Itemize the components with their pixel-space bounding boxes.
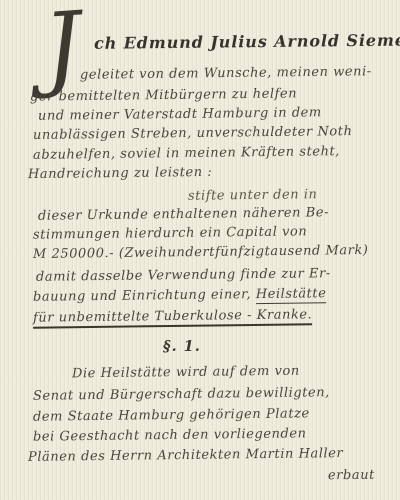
manuscript-line: Die Heilstätte wird auf dem von <box>72 364 300 382</box>
manuscript-line: stimmungen hierdurch ein Capital von <box>33 224 307 242</box>
manuscript-line-tuberkulose: für unbemittelte Tuberkulose - Kranke. <box>33 307 312 325</box>
manuscript-line: Plänen des Herrn Architekten Martin Hall… <box>28 446 343 465</box>
manuscript-line: geleitet von dem Wunsche, meinen weni- <box>80 64 372 83</box>
opening-name-line: ch Edmund Julius Arnold Siemers , <box>94 30 400 53</box>
manuscript-line: Senat und Bürgerschaft dazu bewilligten, <box>33 385 330 404</box>
manuscript-line: Handreichung zu leisten : <box>28 165 212 182</box>
heilstaette-prefix: bauung und Einrichtung einer, <box>33 287 256 305</box>
manuscript-line-capital-sum: M 250000.- (Zweihundertfünfzigtausend Ma… <box>33 243 369 262</box>
manuscript-line: damit dasselbe Verwendung finde zur Er- <box>36 266 331 285</box>
document-page: J ch Edmund Julius Arnold Siemers , gele… <box>0 0 400 500</box>
closing-word: erbaut <box>328 468 375 484</box>
heilstaette-underlined: Heilstätte <box>256 286 327 304</box>
manuscript-line: dieser Urkunde enthaltenen näheren Be- <box>38 205 329 224</box>
tuberkulose-underlined: für unbemittelte Tuberkulose - Kranke. <box>33 307 313 328</box>
manuscript-line: unablässigen Streben, unverschuldeter No… <box>33 124 353 143</box>
manuscript-line: dem Staate Hamburg gehörigen Platze <box>33 406 310 424</box>
section-heading: §. 1. <box>163 338 201 355</box>
manuscript-line-heilstaette: bauung und Einrichtung einer, Heilstätte <box>33 286 327 305</box>
manuscript-line: und meiner Vaterstadt Hamburg in dem <box>38 105 322 123</box>
manuscript-line: bei Geesthacht nach den vorliegenden <box>33 426 307 444</box>
manuscript-line: ger bemittelten Mitbürgern zu helfen <box>30 86 297 104</box>
opening-initial-flourish: J <box>41 0 85 98</box>
manuscript-line: stifte unter den in <box>188 187 318 204</box>
manuscript-line: abzuhelfen, soviel in meinen Kräften ste… <box>33 144 340 163</box>
